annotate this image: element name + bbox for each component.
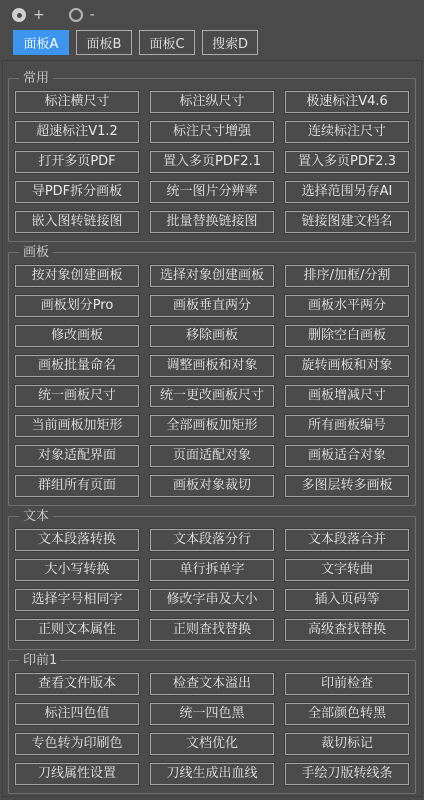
- radio-unselected-icon: [69, 8, 83, 22]
- radio-minus-label: -: [90, 7, 95, 23]
- panel-button[interactable]: 标注四色值: [15, 703, 139, 725]
- tab-search-d[interactable]: 搜索D: [202, 30, 258, 55]
- panel-button[interactable]: 选择字号相同字: [15, 589, 139, 611]
- panel-button[interactable]: 手绘刀版转线条: [285, 763, 409, 785]
- panel-button[interactable]: 统一更改画板尺寸: [150, 385, 274, 407]
- panel-button[interactable]: 统一画板尺寸: [15, 385, 139, 407]
- panel-button[interactable]: 画板水平两分: [285, 295, 409, 317]
- radio-plus[interactable]: +: [12, 7, 45, 23]
- tab-panel-c[interactable]: 面板C: [139, 30, 195, 55]
- panel-button[interactable]: 旋转画板和对象: [285, 355, 409, 377]
- panel-button[interactable]: 置入多页PDF2.1: [150, 151, 274, 173]
- panel-button[interactable]: 插入页码等: [285, 589, 409, 611]
- sections-container: 常用 标注横尺寸 标注纵尺寸 极速标注V4.6 超速标注V1.2 标注尺寸增强 …: [3, 78, 421, 794]
- section-title: 印前1: [19, 652, 61, 669]
- panel-button[interactable]: 超速标注V1.2: [15, 121, 139, 143]
- section-artboard: 画板 按对象创建画板 选择对象创建画板 排序/加框/分割 画板划分Pro 画板垂…: [8, 252, 416, 506]
- radio-selected-icon: [12, 8, 26, 22]
- panel-button[interactable]: 对象适配界面: [15, 445, 139, 467]
- panel-button[interactable]: 正则查找替换: [150, 619, 274, 641]
- panel-button[interactable]: 选择范围另存AI: [285, 181, 409, 203]
- panel-button[interactable]: 全部颜色转黑: [285, 703, 409, 725]
- panel-button[interactable]: 多图层转多画板: [285, 475, 409, 497]
- panel-button[interactable]: 文档优化: [150, 733, 274, 755]
- panel-button[interactable]: 置入多页PDF2.3: [285, 151, 409, 173]
- section-title: 画板: [19, 244, 53, 261]
- tab-bar: 面板A 面板B 面板C 搜索D: [0, 30, 424, 55]
- section-grid: 标注横尺寸 标注纵尺寸 极速标注V4.6 超速标注V1.2 标注尺寸增强 连续标…: [15, 91, 409, 233]
- content-panel: 常用 标注横尺寸 标注纵尺寸 极速标注V4.6 超速标注V1.2 标注尺寸增强 …: [2, 60, 422, 797]
- panel-button[interactable]: 删除空白画板: [285, 325, 409, 347]
- panel-button[interactable]: 排序/加框/分割: [285, 265, 409, 287]
- panel-button[interactable]: 标注尺寸增强: [150, 121, 274, 143]
- panel-button[interactable]: 印前检查: [285, 673, 409, 695]
- panel-button[interactable]: 查看文件版本: [15, 673, 139, 695]
- radio-plus-label: +: [33, 7, 45, 23]
- section-title: 文本: [19, 508, 53, 525]
- topbar: + -: [0, 0, 424, 30]
- panel-button[interactable]: 文本段落分行: [150, 529, 274, 551]
- panel-button[interactable]: 画板增减尺寸: [285, 385, 409, 407]
- panel-button[interactable]: 画板垂直两分: [150, 295, 274, 317]
- panel-button[interactable]: 画板对象裁切: [150, 475, 274, 497]
- panel-button[interactable]: 文本段落转换: [15, 529, 139, 551]
- section-prepress-1: 印前1 查看文件版本 检查文本溢出 印前检查 标注四色值 统一四色黑 全部颜色转…: [8, 660, 416, 794]
- panel-button[interactable]: 极速标注V4.6: [285, 91, 409, 113]
- panel-button[interactable]: 刀线属性设置: [15, 763, 139, 785]
- panel-button[interactable]: 检查文本溢出: [150, 673, 274, 695]
- panel-button[interactable]: 画板适合对象: [285, 445, 409, 467]
- panel-button[interactable]: 专色转为印刷色: [15, 733, 139, 755]
- panel-button[interactable]: 单行拆单字: [150, 559, 274, 581]
- panel-button[interactable]: 标注纵尺寸: [150, 91, 274, 113]
- section-common: 常用 标注横尺寸 标注纵尺寸 极速标注V4.6 超速标注V1.2 标注尺寸增强 …: [8, 78, 416, 242]
- section-grid: 按对象创建画板 选择对象创建画板 排序/加框/分割 画板划分Pro 画板垂直两分…: [15, 265, 409, 497]
- tab-panel-b[interactable]: 面板B: [76, 30, 132, 55]
- panel-button[interactable]: 高级查找替换: [285, 619, 409, 641]
- panel-button[interactable]: 打开多页PDF: [15, 151, 139, 173]
- panel-button[interactable]: 修改画板: [15, 325, 139, 347]
- panel-button[interactable]: 大小写转换: [15, 559, 139, 581]
- panel-button[interactable]: 统一四色黑: [150, 703, 274, 725]
- panel-button[interactable]: 页面适配对象: [150, 445, 274, 467]
- panel-button[interactable]: 画板批量命名: [15, 355, 139, 377]
- section-grid: 文本段落转换 文本段落分行 文本段落合并 大小写转换 单行拆单字 文字转曲 选择…: [15, 529, 409, 641]
- section-grid: 查看文件版本 检查文本溢出 印前检查 标注四色值 统一四色黑 全部颜色转黑 专色…: [15, 673, 409, 785]
- panel-button[interactable]: 全部画板加矩形: [150, 415, 274, 437]
- panel-button[interactable]: 链接图建文档名: [285, 211, 409, 233]
- panel-button[interactable]: 选择对象创建画板: [150, 265, 274, 287]
- panel-button[interactable]: 导PDF拆分画板: [15, 181, 139, 203]
- panel-button[interactable]: 移除画板: [150, 325, 274, 347]
- section-text: 文本 文本段落转换 文本段落分行 文本段落合并 大小写转换 单行拆单字 文字转曲…: [8, 516, 416, 650]
- panel-button[interactable]: 刀线生成出血线: [150, 763, 274, 785]
- panel-button[interactable]: 所有画板编号: [285, 415, 409, 437]
- panel-button[interactable]: 连续标注尺寸: [285, 121, 409, 143]
- panel-button[interactable]: 批量替换链接图: [150, 211, 274, 233]
- tab-panel-a[interactable]: 面板A: [13, 30, 69, 55]
- panel-button[interactable]: 标注横尺寸: [15, 91, 139, 113]
- panel-button[interactable]: 按对象创建画板: [15, 265, 139, 287]
- radio-minus[interactable]: -: [69, 7, 95, 23]
- panel-button[interactable]: 画板划分Pro: [15, 295, 139, 317]
- panel-button[interactable]: 调整画板和对象: [150, 355, 274, 377]
- panel-button[interactable]: 嵌入图转链接图: [15, 211, 139, 233]
- panel-button[interactable]: 群组所有页面: [15, 475, 139, 497]
- panel-button[interactable]: 修改字串及大小: [150, 589, 274, 611]
- panel-button[interactable]: 文本段落合并: [285, 529, 409, 551]
- section-title: 常用: [19, 70, 53, 87]
- panel-button[interactable]: 裁切标记: [285, 733, 409, 755]
- panel-button[interactable]: 正则文本属性: [15, 619, 139, 641]
- panel-button[interactable]: 当前画板加矩形: [15, 415, 139, 437]
- panel-button[interactable]: 统一图片分辨率: [150, 181, 274, 203]
- panel-button[interactable]: 文字转曲: [285, 559, 409, 581]
